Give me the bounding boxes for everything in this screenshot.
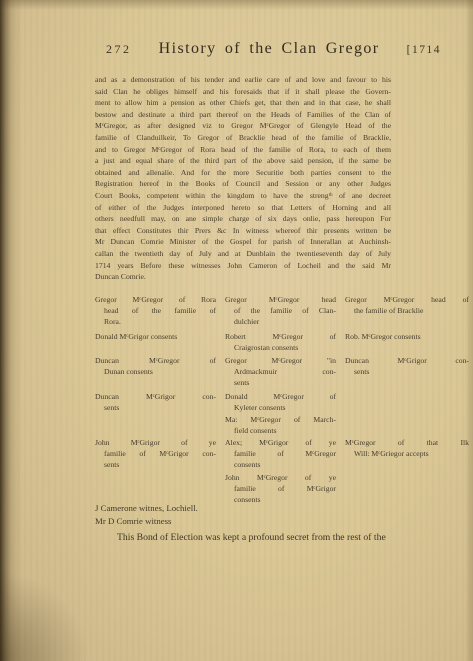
signature-entry: Gregor MᶜGregor head ofthe familie of Br… xyxy=(345,294,469,331)
paragraph-line: MᶜGregor, as after designed viz to Grego… xyxy=(95,120,391,132)
signature-line: sents xyxy=(95,402,216,413)
paragraph-line: callan the twentieth day of July and at … xyxy=(95,248,391,260)
paragraph-line: Duncan Comrie. xyxy=(95,271,391,283)
page-edge-shadow-top xyxy=(0,0,473,10)
signature-line: Kyleter consents xyxy=(225,402,336,413)
signature-line: familie of MᶜGrigor xyxy=(225,483,336,494)
signature-entry: Donald MᶜGrigor consents xyxy=(95,331,216,355)
signature-line: Gregor MᶜGregor head xyxy=(225,294,336,305)
closing-paragraph: This Bond of Election was kept a profoun… xyxy=(95,531,467,544)
paragraph-line: others needfull may, on ane simple charg… xyxy=(95,213,391,225)
signature-line: consents xyxy=(225,494,336,505)
signature-entry: MᶜGregor of that IlkWill: MᶜGriegor acce… xyxy=(345,437,469,472)
signature-line: Duncan MᶜGrigor con- xyxy=(345,355,469,366)
signature-line: John MᶜGregor of ye xyxy=(225,472,336,483)
page-title: History of the Clan Gregor xyxy=(132,40,407,58)
paragraph-line: Registration hereof in the Books of Coun… xyxy=(95,178,391,190)
paragraph-line: obtained and allenalie. And for the more… xyxy=(95,167,391,179)
signature-entry: Duncan MᶜGregor ofDunan consents xyxy=(95,355,216,391)
paragraph-line: 1714 years Before these witnesses John C… xyxy=(95,260,391,272)
signature-line: Ardmackmuir con- xyxy=(225,366,336,377)
paragraph-line: a just and equal share of the third part… xyxy=(95,155,391,167)
signature-entry: Duncan MᶜGrigor con-sents xyxy=(345,355,469,391)
paragraph-line: of either of the Judges interponed heret… xyxy=(95,202,391,214)
signature-line: sents xyxy=(345,366,469,377)
witness-lines: J Camerone witnes, Lochiell.Mr D Comrie … xyxy=(95,502,198,527)
signature-line: Craigrostan consents xyxy=(225,342,336,353)
paragraph-line: familie of Clanduilkeir, To Gregor of Br… xyxy=(95,132,391,144)
signature-line: sents xyxy=(225,377,336,388)
signature-entry: Robert MᶜGregor ofCraigrostan consents xyxy=(225,331,336,355)
signature-line: the familie of Bracklie xyxy=(345,305,469,316)
signature-line: sents xyxy=(95,459,216,470)
signature-line: Robert MᶜGregor of xyxy=(225,331,336,342)
signature-line: Donald MᶜGrigor consents xyxy=(95,331,216,342)
signature-entry: Gregor MᶜGregor "inArdmackmuir con-sents xyxy=(225,355,336,391)
signature-line: Rora. xyxy=(95,316,216,327)
paragraph-line: and as a demonstration of his tender and… xyxy=(95,74,391,86)
signature-line: field consents xyxy=(225,425,336,436)
witness-line: J Camerone witnes, Lochiell. xyxy=(95,502,198,515)
page-corner-shadow xyxy=(0,571,90,661)
signature-line: Duncan MᶜGregor of xyxy=(95,355,216,366)
signature-line: consents xyxy=(225,459,336,470)
signature-line: MᶜGregor of that Ilk xyxy=(345,437,469,448)
book-spine-shadow xyxy=(0,0,22,661)
year-marker: [1714 xyxy=(407,44,441,56)
signature-entry: Alex; MᶜGrigor of yefamilie of MᶜGregorc… xyxy=(225,437,336,472)
paragraph-line: bestow and destinate a third part thereo… xyxy=(95,109,391,121)
signature-entry: Gregor MᶜGregor of Rorahead of the famil… xyxy=(95,294,216,331)
witness-line: Mr D Comrie witness xyxy=(95,515,198,528)
signature-entry: Rob. MᶜGregor consents xyxy=(345,331,469,355)
signature-entry: John MᶜGrigor of yefamilie of MᶜGrigor c… xyxy=(95,437,216,472)
signature-line: Gregor MᶜGregor of Rora xyxy=(95,294,216,305)
paragraph-line: Court Books, competent within the kingdo… xyxy=(95,190,391,202)
signature-entry: John MᶜGregor of yefamilie of MᶜGrigorco… xyxy=(225,472,336,506)
paragraph-line: and to Gregor MᶜGregor of Rora head of t… xyxy=(95,144,391,156)
signature-entry: Ma: MᶜGregor of March-field consents xyxy=(225,414,336,437)
signature-line: Rob. MᶜGregor consents xyxy=(345,331,469,342)
signature-line: Donald MᶜGregor of xyxy=(225,391,336,402)
signature-line: Dunan consents xyxy=(95,366,216,377)
page-header: 272 History of the Clan Gregor [1714 xyxy=(95,40,441,58)
signature-entry: Duncan MᶜGrigor con-sents xyxy=(95,391,216,414)
signature-entry: Donald MᶜGregor ofKyleter consents xyxy=(225,391,336,414)
signature-line: familie of MᶜGrigor con- xyxy=(95,448,216,459)
page-number: 272 xyxy=(106,42,132,57)
paragraph-line: ment to allow him a pension as other Chi… xyxy=(95,97,391,109)
signature-line: Will: MᶜGriegor accepts xyxy=(345,448,469,459)
signature-entry: Gregor MᶜGregor headof the familie of Cl… xyxy=(225,294,336,331)
signature-columns: Gregor MᶜGregor of Rorahead of the famil… xyxy=(95,294,469,506)
signature-line: Duncan MᶜGrigor con- xyxy=(95,391,216,402)
paragraph-line: said Clan he obliges himself and his for… xyxy=(95,86,391,98)
signature-line: head of the familie of xyxy=(95,305,216,316)
paragraph-line: that effect Constitutes thir Prers &c In… xyxy=(95,225,391,237)
signature-line: familie of MᶜGregor xyxy=(225,448,336,459)
signature-line: of the familie of Clan- xyxy=(225,305,336,316)
signature-line: dulchier xyxy=(225,316,336,327)
body-paragraph: and as a demonstration of his tender and… xyxy=(95,74,391,283)
signature-line: Gregor MᶜGregor "in xyxy=(225,355,336,366)
book-page: 272 History of the Clan Gregor [1714 and… xyxy=(0,0,473,661)
signature-line: Ma: MᶜGregor of March- xyxy=(225,414,336,425)
paragraph-line: Mr Duncan Comrie Minister of the Gospel … xyxy=(95,236,391,248)
signature-line: John MᶜGrigor of ye xyxy=(95,437,216,448)
signature-line: Gregor MᶜGregor head of xyxy=(345,294,469,305)
signature-line: Alex; MᶜGrigor of ye xyxy=(225,437,336,448)
